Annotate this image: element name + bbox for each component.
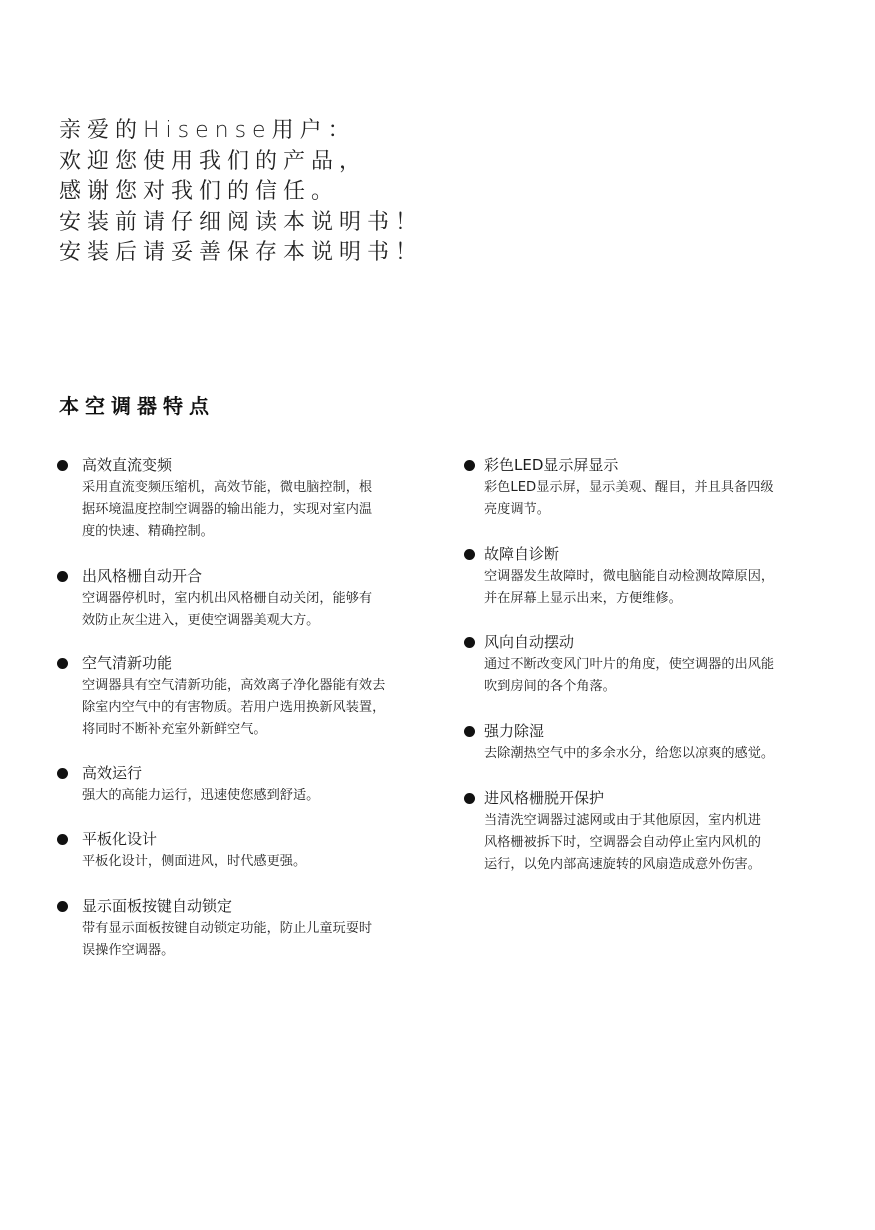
feature-description: 去除潮热空气中的多余水分，给您以凉爽的感觉。 xyxy=(484,743,839,765)
desc-line: 运行，以免内部高速旋转的风扇造成意外伤害。 xyxy=(484,854,839,876)
feature-title: 高效直流变频 xyxy=(82,455,172,475)
feature-description: 带有显示面板按键自动锁定功能，防止儿童玩耍时 误操作空调器。 xyxy=(82,918,427,962)
desc-line: 吹到房间的各个角落。 xyxy=(484,676,839,698)
desc-line: 通过不断改变风门叶片的角度，使空调器的出风能 xyxy=(484,654,839,676)
desc-line: 去除潮热空气中的多余水分，给您以凉爽的感觉。 xyxy=(484,743,839,765)
feature-description: 强大的高能力运行，迅速使您感到舒适。 xyxy=(82,785,427,807)
bullet-icon xyxy=(57,658,68,669)
feature-item: 进风格栅脱开保护 当清洗空调器过滤网或由于其他原因，室内机进 风格栅被拆下时，空… xyxy=(463,788,843,876)
greeting-line: 亲爱的Hisense用户： xyxy=(59,116,423,147)
feature-item: 故障自诊断 空调器发生故障时，微电脑能自动检测故障原因， 并在屏幕上显示出来，方… xyxy=(463,544,843,610)
desc-line: 采用直流变频压缩机，高效节能，微电脑控制，根 xyxy=(82,477,427,499)
desc-line: 平板化设计，侧面进风，时代感更强。 xyxy=(82,851,427,873)
desc-line: 彩色LED显示屏，显示美观、醒目，并且具备四级 xyxy=(484,477,839,499)
bullet-icon xyxy=(464,549,475,560)
bullet-icon xyxy=(57,571,68,582)
desc-line: 除室内空气中的有害物质。若用户选用换新风装置， xyxy=(82,697,427,719)
desc-line: 当清洗空调器过滤网或由于其他原因，室内机进 xyxy=(484,810,839,832)
desc-line: 并在屏幕上显示出来，方便维修。 xyxy=(484,588,839,610)
feature-item: 强力除湿 去除潮热空气中的多余水分，给您以凉爽的感觉。 xyxy=(463,721,843,765)
desc-line: 空调器停机时，室内机出风格栅自动关闭，能够有 xyxy=(82,588,427,610)
greeting-line: 欢迎您使用我们的产品， xyxy=(59,147,423,178)
feature-item: 彩色LED显示屏显示 彩色LED显示屏，显示美观、醒目，并且具备四级 亮度调节。 xyxy=(463,455,843,521)
feature-description: 空调器停机时，室内机出风格栅自动关闭，能够有 效防止灰尘进入，更使空调器美观大方… xyxy=(82,588,427,632)
feature-description: 空调器具有空气清新功能，高效离子净化器能有效去 除室内空气中的有害物质。若用户选… xyxy=(82,675,427,741)
feature-item: 高效运行 强大的高能力运行，迅速使您感到舒适。 xyxy=(57,763,437,807)
feature-item: 显示面板按键自动锁定 带有显示面板按键自动锁定功能，防止儿童玩耍时 误操作空调器… xyxy=(57,896,437,962)
feature-description: 平板化设计，侧面进风，时代感更强。 xyxy=(82,851,427,873)
feature-title: 显示面板按键自动锁定 xyxy=(82,896,232,916)
bullet-icon xyxy=(464,460,475,471)
feature-description: 彩色LED显示屏，显示美观、醒目，并且具备四级 亮度调节。 xyxy=(484,477,839,521)
section-title: 本空调器特点 xyxy=(59,390,215,419)
feature-title: 强力除湿 xyxy=(484,721,544,741)
feature-title: 平板化设计 xyxy=(82,829,157,849)
feature-title: 进风格栅脱开保护 xyxy=(484,788,604,808)
desc-line: 据环境温度控制空调器的输出能力，实现对室内温 xyxy=(82,499,427,521)
feature-title: 高效运行 xyxy=(82,763,142,783)
bullet-icon xyxy=(464,637,475,648)
greeting-block: 亲爱的Hisense用户： 欢迎您使用我们的产品， 感谢您对我们的信任。 安装前… xyxy=(59,116,423,269)
desc-line: 强大的高能力运行，迅速使您感到舒适。 xyxy=(82,785,427,807)
feature-description: 空调器发生故障时，微电脑能自动检测故障原因， 并在屏幕上显示出来，方便维修。 xyxy=(484,566,839,610)
feature-item: 出风格栅自动开合 空调器停机时，室内机出风格栅自动关闭，能够有 效防止灰尘进入，… xyxy=(57,566,437,632)
desc-line: 将同时不断补充室外新鲜空气。 xyxy=(82,719,427,741)
feature-description: 当清洗空调器过滤网或由于其他原因，室内机进 风格栅被拆下时，空调器会自动停止室内… xyxy=(484,810,839,876)
bullet-icon xyxy=(57,768,68,779)
feature-title: 空气清新功能 xyxy=(82,653,172,673)
bullet-icon xyxy=(57,460,68,471)
desc-line: 效防止灰尘进入，更使空调器美观大方。 xyxy=(82,610,427,632)
feature-item: 空气清新功能 空调器具有空气清新功能，高效离子净化器能有效去 除室内空气中的有害… xyxy=(57,653,437,741)
bullet-icon xyxy=(464,726,475,737)
feature-title: 故障自诊断 xyxy=(484,544,559,564)
feature-item: 风向自动摆动 通过不断改变风门叶片的角度，使空调器的出风能 吹到房间的各个角落。 xyxy=(463,632,843,698)
feature-title: 出风格栅自动开合 xyxy=(82,566,202,586)
desc-line: 带有显示面板按键自动锁定功能，防止儿童玩耍时 xyxy=(82,918,427,940)
feature-title: 风向自动摆动 xyxy=(484,632,574,652)
desc-line: 误操作空调器。 xyxy=(82,940,427,962)
feature-title: 彩色LED显示屏显示 xyxy=(484,455,618,475)
bullet-icon xyxy=(464,793,475,804)
greeting-line: 感谢您对我们的信任。 xyxy=(59,177,423,208)
bullet-icon xyxy=(57,834,68,845)
greeting-line: 安装后请妥善保存本说明书！ xyxy=(59,238,423,269)
feature-description: 通过不断改变风门叶片的角度，使空调器的出风能 吹到房间的各个角落。 xyxy=(484,654,839,698)
bullet-icon xyxy=(57,901,68,912)
desc-line: 度的快速、精确控制。 xyxy=(82,521,427,543)
feature-item: 高效直流变频 采用直流变频压缩机，高效节能，微电脑控制，根 据环境温度控制空调器… xyxy=(57,455,437,543)
desc-line: 风格栅被拆下时，空调器会自动停止室内风机的 xyxy=(484,832,839,854)
feature-item: 平板化设计 平板化设计，侧面进风，时代感更强。 xyxy=(57,829,437,873)
desc-line: 空调器发生故障时，微电脑能自动检测故障原因， xyxy=(484,566,839,588)
greeting-line: 安装前请仔细阅读本说明书！ xyxy=(59,208,423,239)
desc-line: 空调器具有空气清新功能，高效离子净化器能有效去 xyxy=(82,675,427,697)
desc-line: 亮度调节。 xyxy=(484,499,839,521)
feature-description: 采用直流变频压缩机，高效节能，微电脑控制，根 据环境温度控制空调器的输出能力，实… xyxy=(82,477,427,543)
